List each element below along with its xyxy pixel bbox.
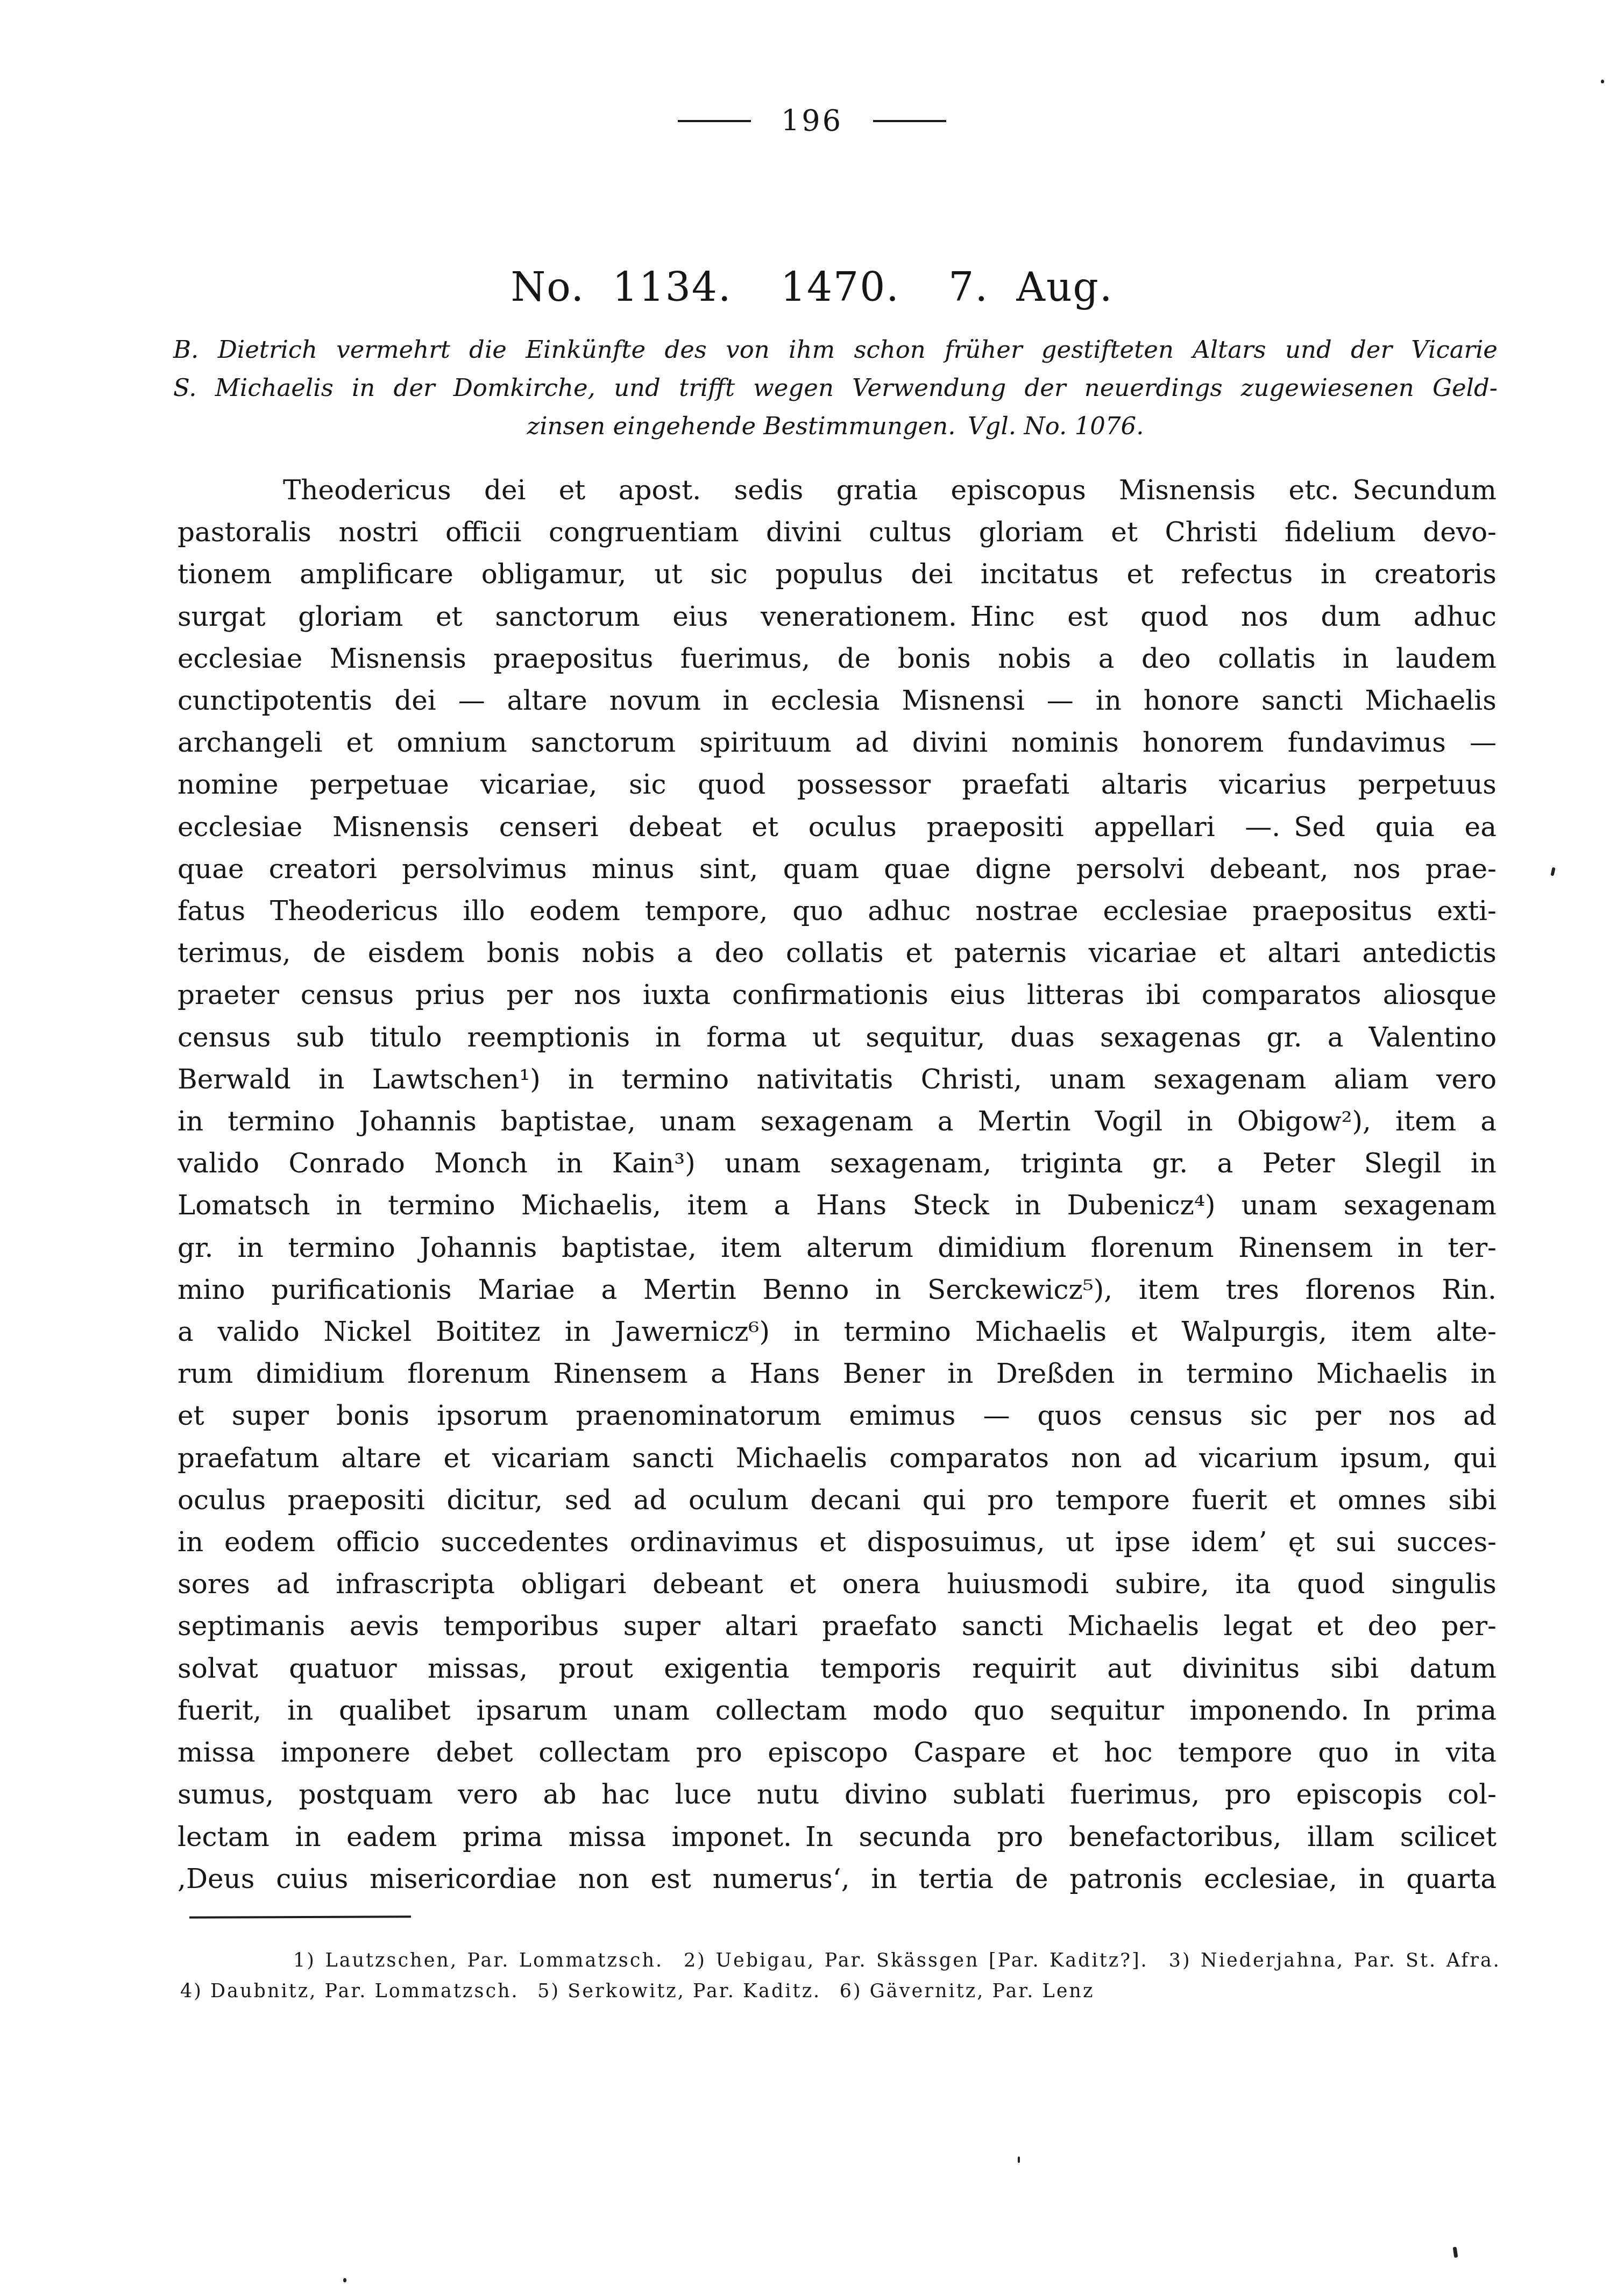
scan-speck [1018, 2156, 1020, 2163]
summary-line: zinsen eingehende Bestimmungen. Vgl. No.… [173, 407, 1498, 445]
head-rule-right [873, 120, 946, 122]
body-line: a valido Nickel Boititez in Jawernicz⁶) … [178, 1311, 1497, 1353]
body-line: rum dimidium florenum Rinensem a Hans Be… [178, 1353, 1497, 1395]
head-rule-left [678, 120, 751, 122]
running-head: 196 [0, 104, 1624, 138]
footnote-separator-rule [189, 1915, 411, 1918]
scan-speck [1601, 80, 1604, 83]
body-line: Theodericus dei et apost. sedis gratia e… [178, 469, 1497, 511]
body-line: cunctipotentis dei — altare novum in ecc… [178, 680, 1497, 722]
body-line: valido Conrado Monch in Kain³) unam sexa… [178, 1142, 1497, 1184]
page-number: 196 [781, 104, 843, 138]
body-line: pastoralis nostri officii congruentiam d… [178, 511, 1497, 553]
summary-line: B. Dietrich vermehrt die Einkünfte des v… [173, 330, 1498, 369]
body-line: ecclesiae Misnensis censeri debeat et oc… [178, 806, 1497, 848]
footnote-line: 4) Daubnitz, Par. Lommatzsch. 5) Serkowi… [180, 1976, 1501, 2007]
body-line: solvat quatuor missas, prout exigentia t… [178, 1647, 1497, 1689]
body-line: quae creatori persolvimus minus sint, qu… [178, 848, 1497, 890]
summary-line: S. Michaelis in der Domkirche, und triff… [173, 369, 1498, 407]
body-line: septimanis aevis temporibus super altari… [178, 1605, 1497, 1647]
body-line: surgat gloriam et sanctorum eius venerat… [178, 596, 1497, 638]
body-line: census sub titulo reemptionis in forma u… [178, 1016, 1497, 1058]
body-line: praefatum altare et vicariam sancti Mich… [178, 1437, 1497, 1479]
body-line: fatus Theodericus illo eodem tempore, qu… [178, 890, 1497, 932]
body-line: Lomatsch in termino Michaelis, item a Ha… [178, 1184, 1497, 1226]
body-line: et super bonis ipsorum praenominatorum e… [178, 1395, 1497, 1437]
body-line: sores ad infrascripta obligari debeant e… [178, 1563, 1497, 1605]
document-summary: B. Dietrich vermehrt die Einkünfte des v… [173, 330, 1498, 445]
body-line: lectam in eadem prima missa imponet. In … [178, 1816, 1497, 1858]
document-body: Theodericus dei et apost. sedis gratia e… [178, 469, 1497, 1900]
body-line: Berwald in Lawtschen¹) in termino nativi… [178, 1058, 1497, 1100]
body-line: fuerit, in qualibet ipsarum unam collect… [178, 1689, 1497, 1731]
document-heading: No. 1134. 1470. 7. Aug. [0, 264, 1624, 311]
body-line: ecclesiae Misnensis praepositus fuerimus… [178, 638, 1497, 680]
body-line: in eodem officio succedentes ordinavimus… [178, 1521, 1497, 1563]
body-line: nomine perpetuae vicariae, sic quod poss… [178, 763, 1497, 805]
scanned-book-page: 196 No. 1134. 1470. 7. Aug. B. Dietrich … [0, 0, 1624, 2284]
body-line: terimus, de eisdem bonis nobis a deo col… [178, 932, 1497, 974]
footnote-line: 1) Lautzschen, Par. Lommatzsch. 2) Uebig… [180, 1946, 1501, 1976]
scan-speck [1550, 867, 1555, 876]
body-line: oculus praepositi dicitur, sed ad oculum… [178, 1479, 1497, 1521]
footnotes: 1) Lautzschen, Par. Lommatzsch. 2) Uebig… [180, 1946, 1501, 2007]
body-line: archangeli et omnium sanctorum spirituum… [178, 722, 1497, 763]
body-line: gr. in termino Johannis baptistae, item … [178, 1227, 1497, 1269]
scan-speck [1453, 2247, 1458, 2258]
body-line: ,Deus cuius misericordiae non est numeru… [178, 1858, 1497, 1900]
body-line: praeter census prius per nos iuxta confi… [178, 974, 1497, 1016]
body-line: tionem amplificare obligamur, ut sic pop… [178, 553, 1497, 595]
body-line: in termino Johannis baptistae, unam sexa… [178, 1100, 1497, 1142]
scan-speck [343, 2278, 346, 2282]
body-line: sumus, postquam vero ab hac luce nutu di… [178, 1773, 1497, 1815]
body-line: mino purificationis Mariae a Mertin Benn… [178, 1269, 1497, 1311]
body-line: missa imponere debet collectam pro episc… [178, 1731, 1497, 1773]
